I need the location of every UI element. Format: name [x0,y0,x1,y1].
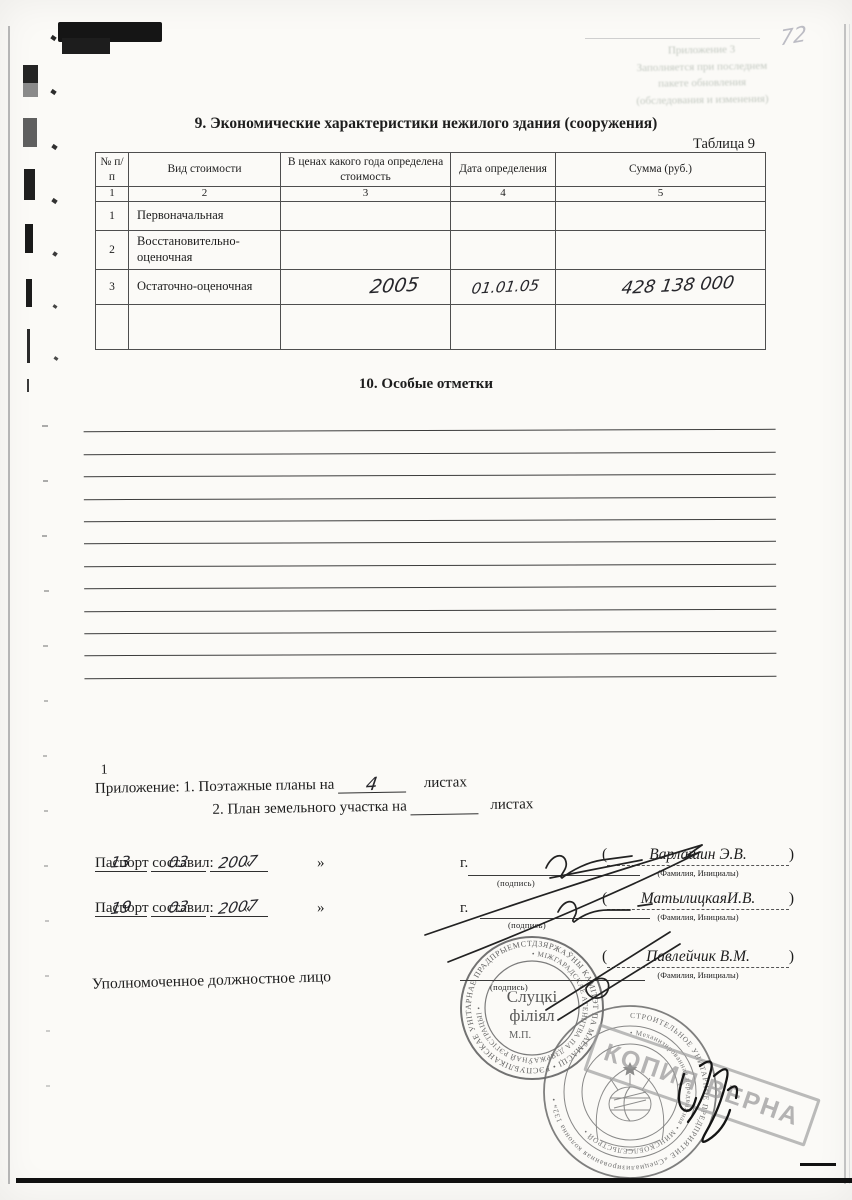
scan-binder-mark [27,329,30,363]
scan-dash-bottom-right [800,1163,836,1166]
annex-item2-unit: листах [490,796,533,813]
scan-speck [46,1030,50,1032]
row-name: Первоначальная [129,202,281,231]
signature-scribble-1 [546,856,632,878]
col-header-year: В ценах какого года определена стоимость [281,153,451,187]
ruled-line [84,475,776,500]
scan-speck [42,535,47,537]
close-quote: » [317,855,325,872]
table9-label: Таблица 9 [693,136,755,153]
col-number: 4 [451,187,556,202]
scan-speck [50,35,56,41]
scan-edge-bottom [16,1178,852,1183]
scan-speck [51,198,57,204]
signature-stroke [546,932,680,1020]
table-row: 1 Первоначальная [96,202,766,231]
year-blank: 2007 [210,898,268,917]
annex-item-2: 2. План земельного участка на листах [212,792,655,819]
row-num: 3 [96,270,129,305]
annex-item2-blank [410,795,478,815]
close-quote: » [317,900,325,917]
section9-title: 9. Экономические характеристики нежилого… [0,115,852,133]
col-number: 5 [556,187,766,202]
ruled-line [84,654,776,679]
annex-item1-unit: листах [424,774,467,791]
ruled-line [84,453,776,478]
handwritten-page-number: 72 [780,21,807,50]
scan-speck [54,356,59,361]
scan-binder-mark [62,38,110,54]
signature-stroke [448,852,700,962]
row-num: 2 [96,231,129,270]
signature-stroke [702,1069,730,1142]
scan-binder-mark [26,279,32,307]
row-sum [556,202,766,231]
annex-block: 1 Приложение: 1. Поэтажные планы на 4 ли… [95,753,656,821]
col-header-type: Вид стоимости [129,153,281,187]
row-date [451,305,556,350]
ruled-line [84,430,776,455]
row-num: 1 [96,202,129,231]
col-number: 1 [96,187,129,202]
annex-item1-label: 1. Поэтажные планы на [183,777,334,796]
row-name: Остаточно-оценочная [129,270,281,305]
row-year [281,231,451,270]
faded-stamp-line: (обследования и изменения) [588,90,816,110]
ruled-line [84,520,776,545]
row-year [281,305,451,350]
signature-stroke [679,1074,696,1111]
ruled-line [84,408,776,433]
table-row: 3 Остаточно-оценочная 2005 01.01.05 428 … [96,270,766,305]
signature-stroke [728,1086,737,1098]
scanned-document-page: Приложение 3 Заполняется при последнем п… [0,0,852,1200]
scan-speck [44,865,48,867]
signature-stroke [688,1062,712,1123]
row-name [129,305,281,350]
annex-label: Приложение: [95,779,180,796]
row-date [451,231,556,270]
official-label: Уполномоченное должностное лицо [92,968,332,994]
scan-speck [42,425,48,427]
row-name: Восстановительно-оценочная [129,231,281,270]
scan-speck [46,1085,50,1087]
annex-item1-blank: 4 [338,773,406,793]
row-sum [556,305,766,350]
col-number: 3 [281,187,451,202]
ruled-lines-area [84,408,777,679]
table-row: 2 Восстановительно-оценочная [96,231,766,270]
row-num [96,305,129,350]
ruled-line [84,587,776,612]
annex-item2-label: 2. План земельного участка на [212,798,407,817]
scan-speck [52,251,58,257]
scan-speck [43,755,47,757]
row-sum-handwritten: 428 138 000 [556,270,766,305]
ruled-line [84,497,776,522]
ruled-line [84,565,776,590]
table-row [96,305,766,350]
scan-binder-mark [23,65,38,83]
scan-speck [43,480,48,482]
scan-speck [44,810,48,812]
ruled-line [84,632,776,657]
ruled-line [84,542,776,567]
col-header-date: Дата определения [451,153,556,187]
row-date [451,202,556,231]
scan-binder-mark [25,224,33,253]
ink-signatures [400,820,852,1160]
scan-speck [50,89,56,95]
scan-speck [44,590,49,592]
scan-binder-mark [24,169,35,200]
scan-speck [51,144,57,150]
row-date-handwritten: 01.01.05 [451,270,556,305]
scan-speck [45,975,49,977]
faded-corner-stamp: Приложение 3 Заполняется при последнем п… [587,40,816,110]
scan-edge-left [8,26,10,1184]
row-year-handwritten: 2005 [281,270,451,305]
col-number: 2 [129,187,281,202]
year-blank: 2007 [210,853,268,872]
scan-binder-mark [23,83,38,97]
ink-signature-copy-stamp [662,1046,782,1161]
scan-speck [45,920,49,922]
scan-speck [53,304,58,309]
scan-speck [43,645,48,647]
corner-stamp-line [585,38,760,39]
economic-characteristics-table: № п/п Вид стоимости В ценах какого года … [95,152,766,350]
signature-stroke [425,845,702,935]
row-sum [556,231,766,270]
col-header-sum: Сумма (руб.) [556,153,766,187]
scan-speck [44,700,48,702]
row-year [281,202,451,231]
col-header-num: № п/п [96,153,129,187]
ruled-line [84,609,776,634]
signature-scribble-1 [550,860,642,878]
section10-title: 10. Особые отметки [0,376,852,393]
